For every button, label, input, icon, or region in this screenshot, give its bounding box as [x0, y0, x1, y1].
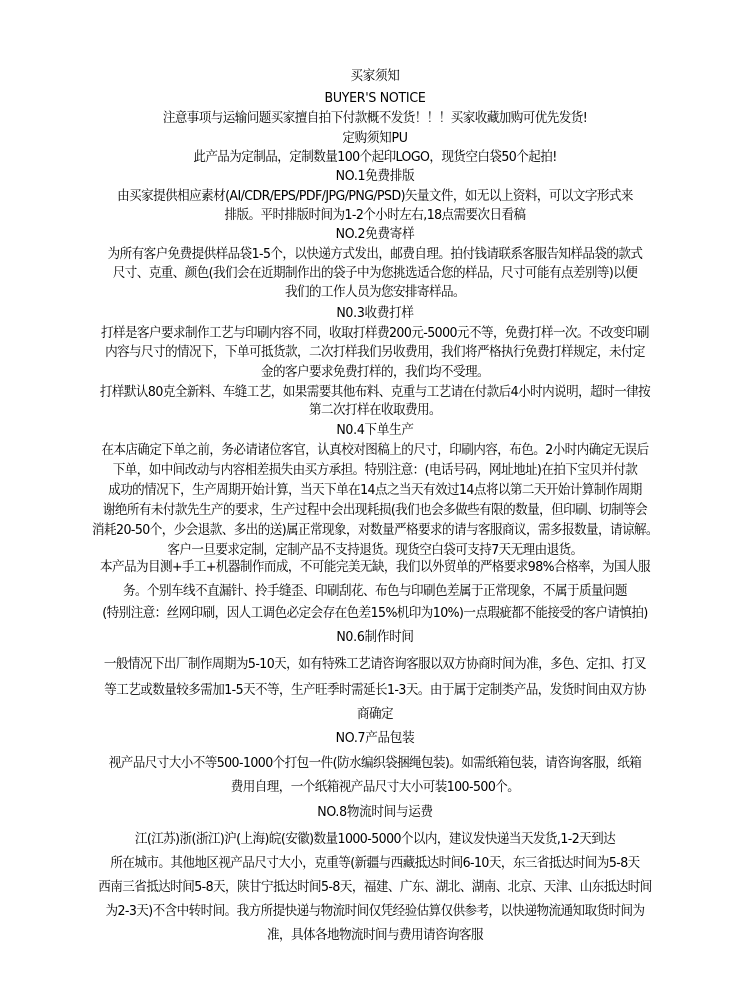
section-line: 消耗20-50个，少会退款、多出的送)属正常现象，对数量严格要求的请与客服商议，…	[26, 521, 724, 539]
section-line: 准，具体各地物流时间与费用请咨询客服	[26, 926, 724, 944]
buyer-notice-page: 买家须知 BUYER'S NOTICE 注意事项与运输问题买家擅自拍下付款概不发…	[0, 0, 750, 1000]
section-heading-layout: NO.1免费排版	[26, 167, 724, 185]
section-heading-samples: NO.2免费寄样	[26, 225, 724, 243]
order-note: 此产品为定制品，定制数量100个起印LOGO，现货空白袋50个起拍!	[26, 148, 724, 166]
section-line: 视产品尺寸大小不等500-1000个打包一件(防水编织袋捆绳包装)。如需纸箱包装…	[26, 754, 724, 772]
section-heading-production-time: N0.6制作时间	[26, 628, 724, 646]
section-heading-logistics: NO.8物流时间与运费	[26, 803, 724, 821]
section-line: 在本店确定下单之前，务必请诸位客官，认真校对图稿上的尺寸，印刷内容，布色。2小时…	[26, 441, 724, 459]
section-line: 尺寸、克重、颜色(我们会在近期制作出的袋子中为您挑选适合您的样品，尺寸可能有点差…	[26, 264, 724, 282]
section-line: 打样是客户要求制作工艺与印刷内容不同，收取打样费200元-5000元不等，免费打…	[26, 324, 724, 342]
section-line: 金的客户要求免费打样的，我们均不受理。	[26, 363, 724, 381]
notice-warning: 注意事项与运输问题买家擅自拍下付款概不发货！！！买家收藏加购可优先发货!	[26, 109, 724, 127]
order-heading: 定购须知PU	[26, 129, 724, 147]
section-heading-paid-samples: N0.3收费打样	[26, 304, 724, 322]
section-heading-production: N0.4下单生产	[26, 421, 724, 439]
section-line: 为2-3天)不含中转时间。我方所提快递与物流时间仅凭经验估算仅供参考，以快递物流…	[26, 902, 724, 920]
section-line: 成功的情况下，生产周期开始计算，当天下单在14点之当天有效过14点将以第二天开始…	[26, 481, 724, 499]
section-line: 商确定	[26, 705, 724, 723]
section-line: 为所有客户免费提供样品袋1-5个，以快递方式发出，邮费自理。拍付钱请联系客服告知…	[26, 245, 724, 263]
notice-title: 买家须知	[26, 67, 724, 85]
section-line: 务。个别车线不直漏针、拎手缝歪、印刷刮花、布色与印刷色差属于正常现象，不属于质量…	[26, 582, 724, 600]
section-line: 客户一旦要求定制，定制产品不支持退货。现货空白袋可支持7天无理由退货。	[26, 541, 724, 559]
section-line: 我们的工作人员为您安排寄样品。	[26, 283, 724, 301]
section-line: 打样默认80克全新料、车缝工艺，如果需要其他布料、克重与工艺请在付款后4小时内说…	[26, 383, 724, 401]
section-line: 等工艺或数量较多需加1-5天不等，生产旺季时需延长1-3天。由于属于定制类产品，…	[26, 681, 724, 699]
notice-subtitle: BUYER'S NOTICE	[26, 89, 724, 107]
section-line: 谢绝所有未付款先生产的要求，生产过程中会出现耗损(我们也会多做些有限的数量，但印…	[26, 501, 724, 519]
section-line: 排版。平时排版时间为1-2个小时左右,18点需要次日看稿	[26, 206, 724, 224]
section-line: 下单，如中间改动与内容相差损失由买方承担。特别注意：(电话号码，网址地址)在拍下…	[26, 461, 724, 479]
section-line: (特别注意：丝网印刷，因人工调色必定会存在色差15%机印为10%)一点瑕疵都不能…	[26, 604, 724, 622]
section-line: 西南三省抵达时间5-8天，陕甘宁抵达时间5-8天，福建、广东、湖北、湖南、北京、…	[26, 878, 724, 896]
section-line: 所在城市。其他地区视产品尺寸大小，克重等(新疆与西藏抵达时间6-10天，东三省抵…	[26, 854, 724, 872]
section-line: 第二次打样在收取费用。	[26, 401, 724, 419]
section-line: 江(江苏)浙(浙江)沪(上海)皖(安徽)数量1000-5000个以内，建议发快递…	[26, 830, 724, 848]
section-heading-packaging: NO.7产品包装	[26, 729, 724, 747]
section-line: 费用自理，一个纸箱视产品尺寸大小可装100-500个。	[26, 778, 724, 796]
section-line: 一般情况下出厂制作周期为5-10天，如有特殊工艺请咨询客服以双方协商时间为准，多…	[26, 655, 724, 673]
section-line: 内容与尺寸的情况下，下单可抵货款，二次打样我们另收费用，我们将严格执行免费打样规…	[26, 343, 724, 361]
section-line: 由买家提供相应素材(AI/CDR/EPS/PDF/JPG/PNG/PSD)矢量文…	[26, 187, 724, 205]
section-line: 本产品为目测+手工+机器制作而成，不可能完美无缺，我们以外贸单的严格要求98%合…	[26, 558, 724, 576]
